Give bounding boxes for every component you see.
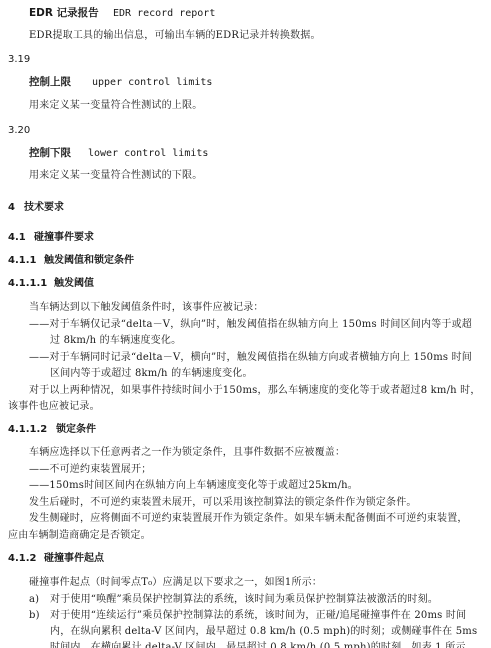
section-title: 技术要求: [24, 203, 64, 213]
term-definition: EDR提取工具的输出信息，可输出车辆的EDR记录并转换数据。: [29, 31, 321, 41]
section-number: 4: [8, 203, 15, 213]
term-number: 3.20: [8, 126, 30, 136]
paragraph-intro: 碰撞事件起点（时间零点T₀）应满足以下要求之一，如图1所示：: [29, 578, 322, 588]
list-item-line: ——对于车辆同时记录“delta－V，横向”时，触发阈值指在纵轴方向或者横轴方向…: [29, 353, 472, 363]
term-en-label: EDR record report: [113, 9, 215, 19]
section-number: 4.1: [8, 233, 26, 243]
list-item-line: 区间内等于或超过 8km/h 的车辆速度变化。: [50, 369, 253, 379]
section-title: 触发阈值: [54, 279, 94, 289]
list-item-line: 内，在纵向累积 delta-V 区间内，最早超过 0.8 km/h (0.5 m…: [50, 627, 477, 637]
section-title: 触发阈值和锁定条件: [44, 256, 134, 266]
section-number: 4.1.2: [8, 554, 36, 564]
term-number: 3.19: [8, 55, 30, 65]
paragraph-note: 对于以上两种情况，如果事件持续时间小于150ms，那么车辆速度的变化等于或者超过…: [29, 386, 481, 396]
list-marker: b): [29, 611, 40, 621]
section-title: 碰撞事件要求: [34, 233, 94, 243]
section-title: 锁定条件: [56, 425, 96, 435]
term-en-label: lower control limits: [88, 149, 208, 159]
paragraph-note: 该事件也应被记录。: [8, 402, 100, 412]
term-zh-label: 控制下限: [29, 148, 71, 159]
section-number: 4.1.1.1: [8, 279, 47, 289]
list-marker: a): [29, 595, 39, 605]
section-number: 4.1.1: [8, 256, 36, 266]
term-zh-label: EDR 记录报告: [29, 8, 99, 19]
list-item-line: 对于使用“唤醒”乘员保护控制算法的系统，该时间为乘员保护控制算法被激活的时刻。: [50, 595, 438, 605]
list-item-line: ——150ms时间区间内在纵轴方向上车辆速度变化等于或超过25km/h。: [29, 481, 358, 491]
list-item-line: 过 8km/h 的车辆速度变化。: [50, 336, 181, 346]
list-item-line: ——不可逆约束装置展开；: [29, 465, 151, 475]
section-number: 4.1.1.2: [8, 425, 47, 435]
paragraph-intro: 车辆应选择以下任意两者之一作为锁定条件，且事件数据不应被覆盖：: [29, 448, 345, 458]
list-item-line: 时间内，在横向累计 delta-V 区间内，最早超过 0.8 km/h (0.5…: [50, 643, 476, 648]
paragraph: 发生后碰时，不可逆约束装置未展开，可以采用该控制算法的锁定条件作为锁定条件。: [29, 498, 417, 508]
paragraph: 应由车辆制造商确定是否锁定。: [8, 531, 151, 541]
term-definition: 用来定义某一变量符合性测试的下限。: [29, 171, 202, 181]
paragraph: 发生侧碰时，应将侧面不可逆约束装置展开作为锁定条件。如果车辆未配备侧面不可逆约束…: [29, 514, 468, 524]
term-zh-label: 控制上限: [29, 77, 71, 88]
paragraph-intro: 当车辆达到以下触发阈值条件时，该事件应被记录：: [29, 303, 264, 313]
term-definition: 用来定义某一变量符合性测试的上限。: [29, 101, 202, 111]
term-en-label: upper control limits: [92, 78, 212, 88]
list-item-line: 对于使用“连续运行”乘员保护控制算法的系统，该时间为，正碰/追尾碰撞事件在 20…: [50, 611, 466, 621]
section-title: 碰撞事件起点: [44, 554, 104, 564]
list-item-line: ——对于车辆仅记录“delta－V，纵向”时，触发阈值指在纵轴方向上 150ms…: [29, 320, 472, 330]
